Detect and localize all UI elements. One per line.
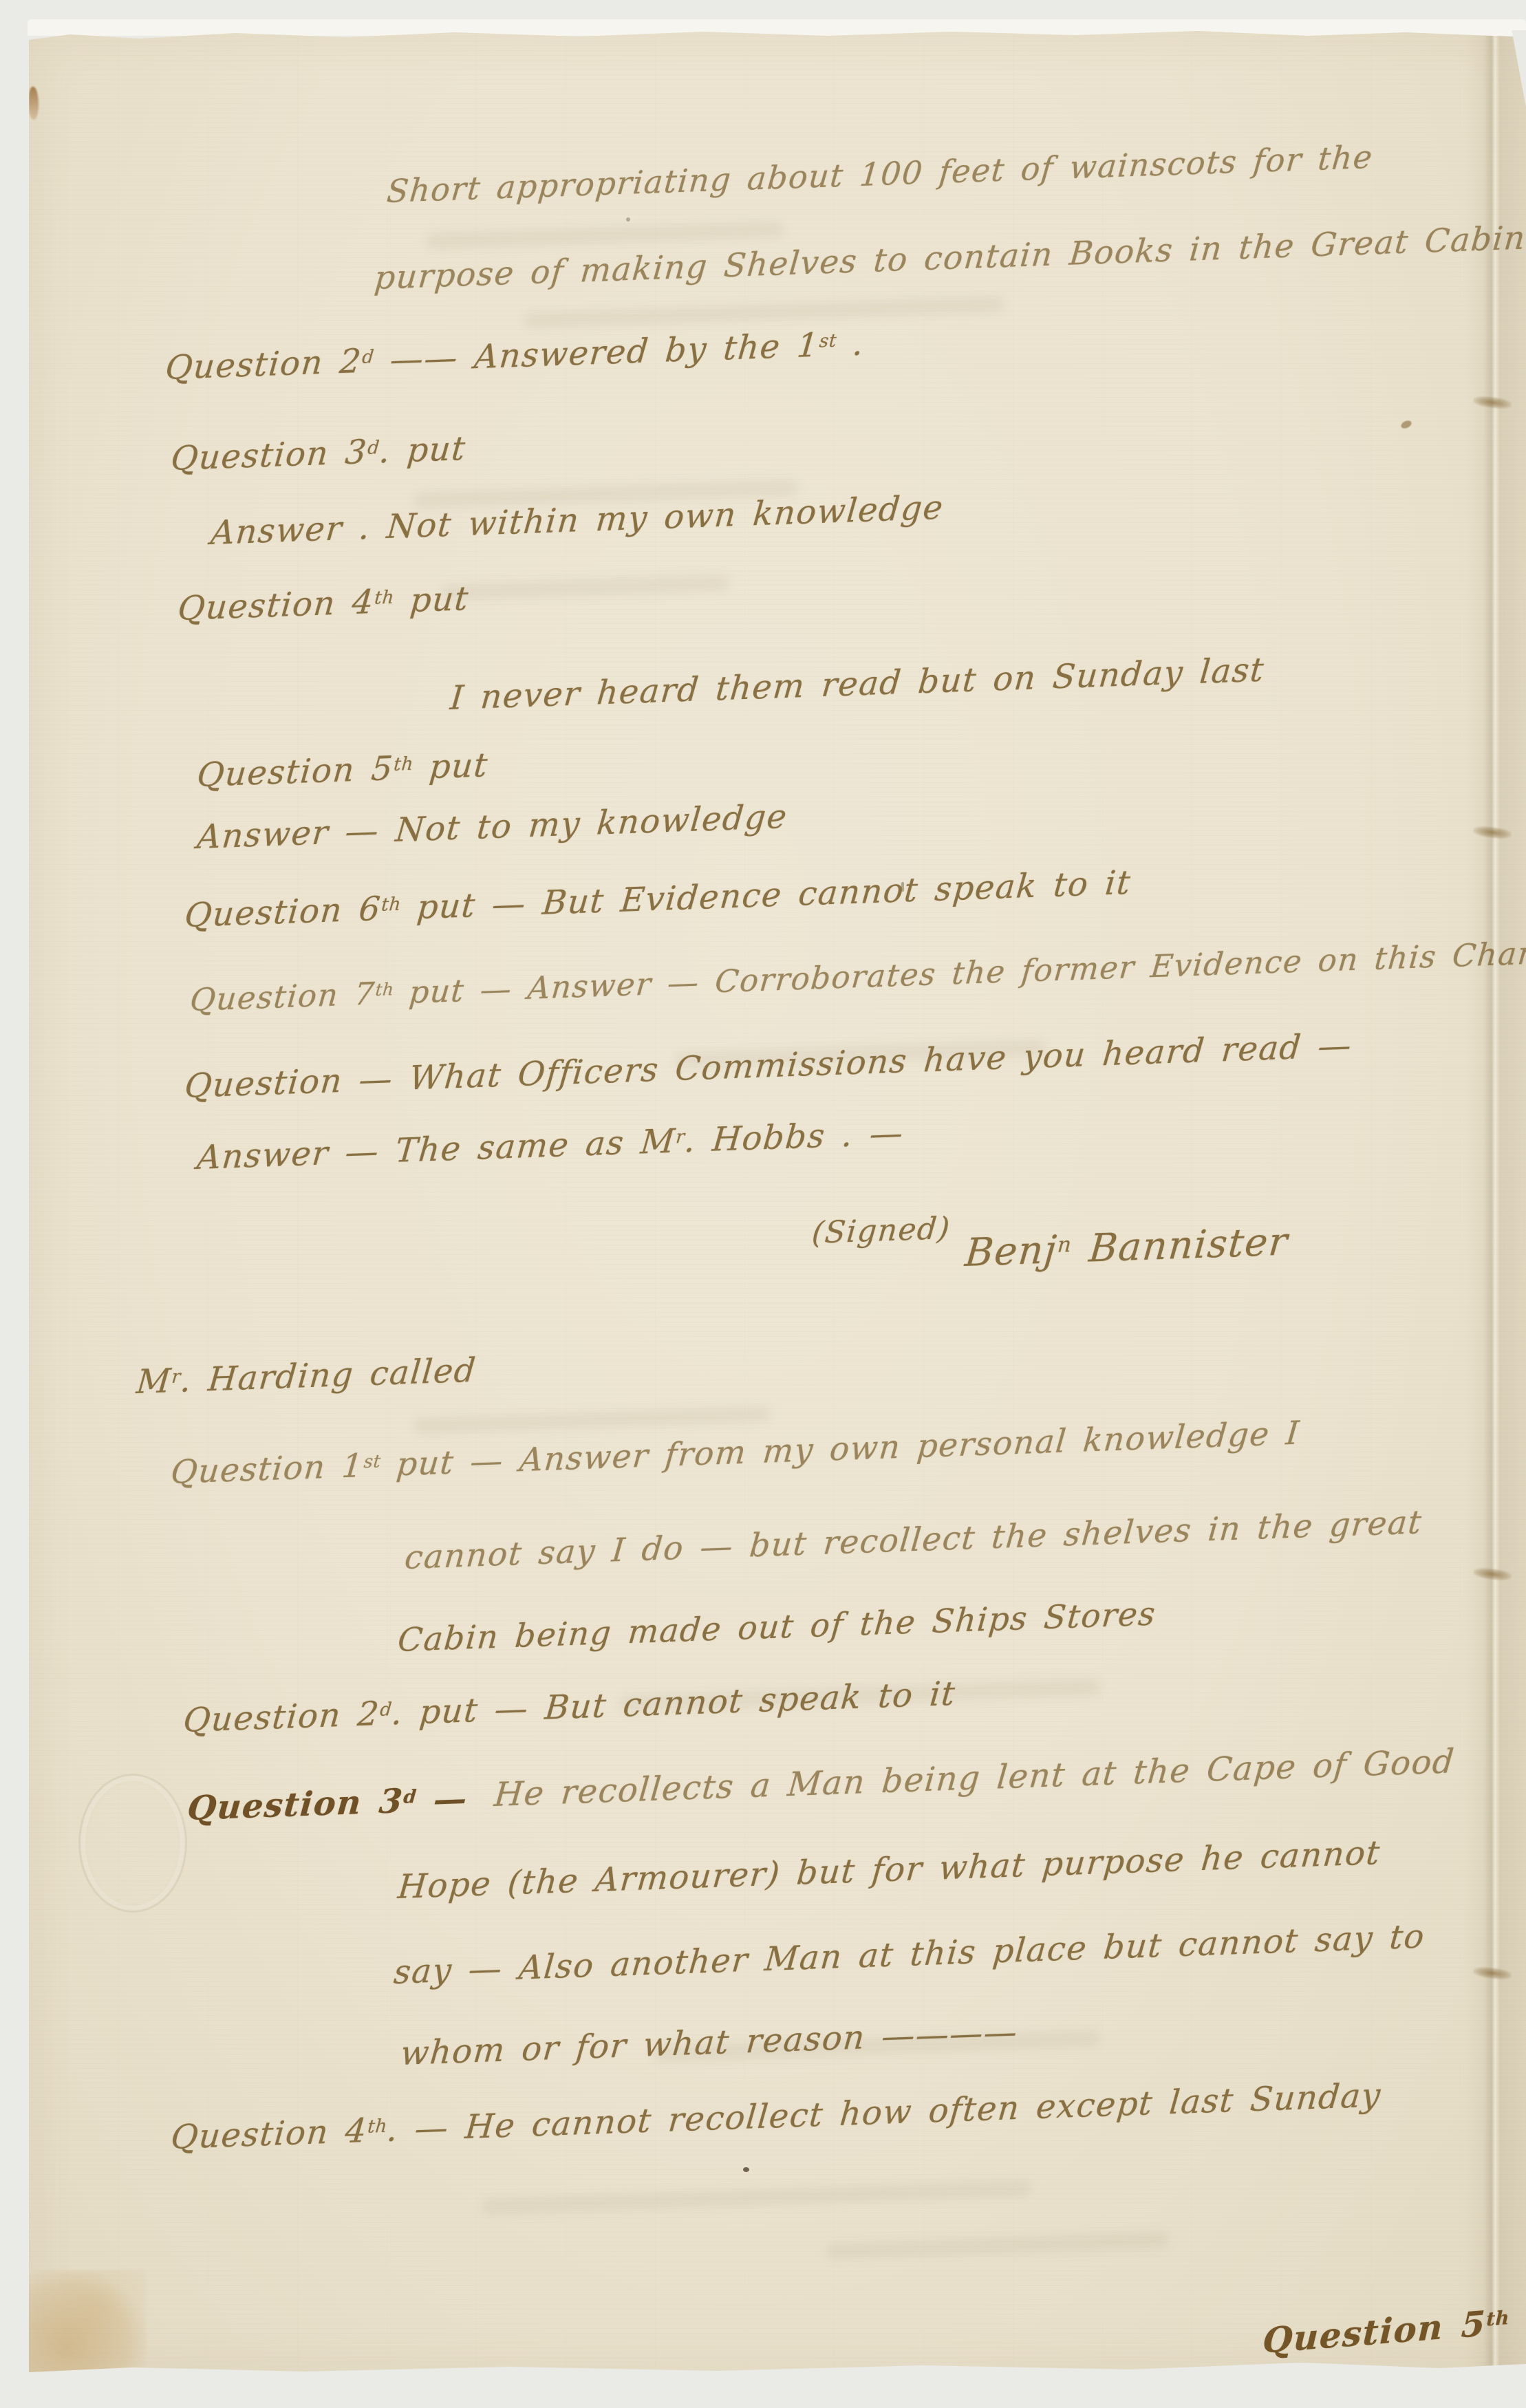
handwritten-line-harding-question-4: Question 4th. — He cannot recollect how …: [169, 2076, 1383, 2157]
handwriting-layer: Short appropriating about 100 feet of wa…: [0, 0, 1526, 2408]
handwritten-line-question-6: Question 6th put — But Evidence cannot s…: [183, 864, 1132, 935]
handwritten-line-continuation-line-1: Short appropriating about 100 feet of wa…: [385, 139, 1375, 210]
handwritten-line-harding-answer-3c: say — Also another Man at this place but…: [392, 1917, 1426, 1992]
handwritten-line-question-5: Question 5th put: [195, 746, 490, 795]
handwritten-line-harding-answer-1b: cannot say I do — but recollect the shel…: [403, 1504, 1423, 1577]
handwritten-line-signed-label: (Signed): [810, 1212, 952, 1251]
handwritten-line-question-4: Question 4th put: [176, 580, 471, 628]
handwritten-line-harding-question-1: Question 1st put — Answer from my own pe…: [169, 1415, 1301, 1492]
handwritten-line-signature-benjamin-bannister: Benjn Bannister: [963, 1220, 1290, 1276]
handwritten-line-harding-answer-3b: Hope (the Armourer) but for what purpose…: [396, 1834, 1382, 1906]
handwritten-line-harding-question-3: Question 3d —: [186, 1781, 469, 1829]
handwritten-line-answer-5: Answer — Not to my knowledge: [195, 798, 789, 857]
handwritten-line-answer-3: Answer . Not within my own knowledge: [209, 489, 945, 553]
handwritten-line-harding-answer-3a: He recollects a Man being lent at the Ca…: [493, 1743, 1457, 1814]
handwritten-line-harding-answer-1c: Cabin being made out of the Ships Stores: [396, 1595, 1157, 1659]
handwritten-line-question-7: Question 7th put — Answer — Corroborates…: [189, 934, 1526, 1018]
handwritten-line-harding-answer-3d: whom or for what reason ————: [399, 2013, 1020, 2073]
handwritten-line-question-3: Question 3d. put: [169, 430, 468, 478]
handwritten-line-answer-4: I never heard them read but on Sunday la…: [449, 651, 1266, 718]
handwritten-line-question-2: Question 2d —— Answered by the 1st .: [164, 325, 866, 387]
handwritten-line-continuation-line-2: purpose of making Shelves to contain Boo…: [373, 219, 1526, 297]
handwritten-line-catchword: Question 5th: [1262, 2301, 1510, 2361]
handwritten-line-answer-commissions: Answer — The same as Mr. Hobbs . —: [195, 1115, 905, 1177]
handwritten-line-question-commissions: Question — What Officers Commissions hav…: [183, 1027, 1354, 1106]
handwritten-line-witness-called: Mr. Harding called: [135, 1352, 478, 1402]
document-scan: Short appropriating about 100 feet of wa…: [0, 0, 1526, 2408]
handwritten-line-harding-question-2: Question 2d. put — But cannot speak to i…: [182, 1675, 957, 1741]
